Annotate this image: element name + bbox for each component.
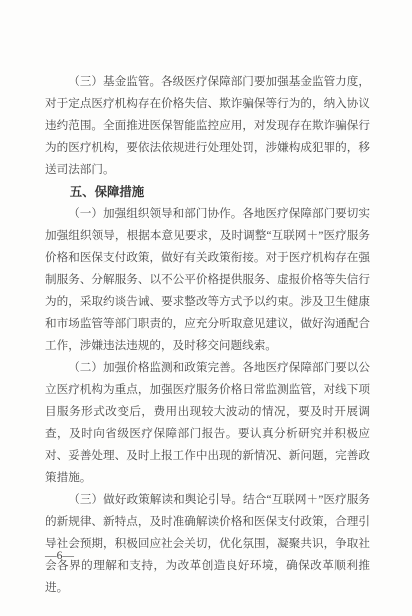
paragraph: （一）加强组织领导和部门协作。各地医疗保障部门要切实加强组织领导，根据本意见要求… <box>45 203 370 357</box>
paragraph: （三）做好政策解读和舆论引导。结合“互联网＋”医疗服务的新规律、新特点，及时准确… <box>45 489 370 599</box>
section-heading: 五、保障措施 <box>45 181 370 203</box>
document-page: （三）基金监管。各级医疗保障部门要加强基金监管力度，对于定点医疗机构存在价格失信… <box>0 0 412 616</box>
paragraph: （三）基金监管。各级医疗保障部门要加强基金监管力度，对于定点医疗机构存在价格失信… <box>45 71 370 181</box>
document-body: （三）基金监管。各级医疗保障部门要加强基金监管力度，对于定点医疗机构存在价格失信… <box>45 71 370 599</box>
paragraph: （二）加强价格监测和政策完善。各地医疗保障部门要以公立医疗机构为重点，加强医疗服… <box>45 357 370 489</box>
page-number: —6— <box>45 548 74 564</box>
